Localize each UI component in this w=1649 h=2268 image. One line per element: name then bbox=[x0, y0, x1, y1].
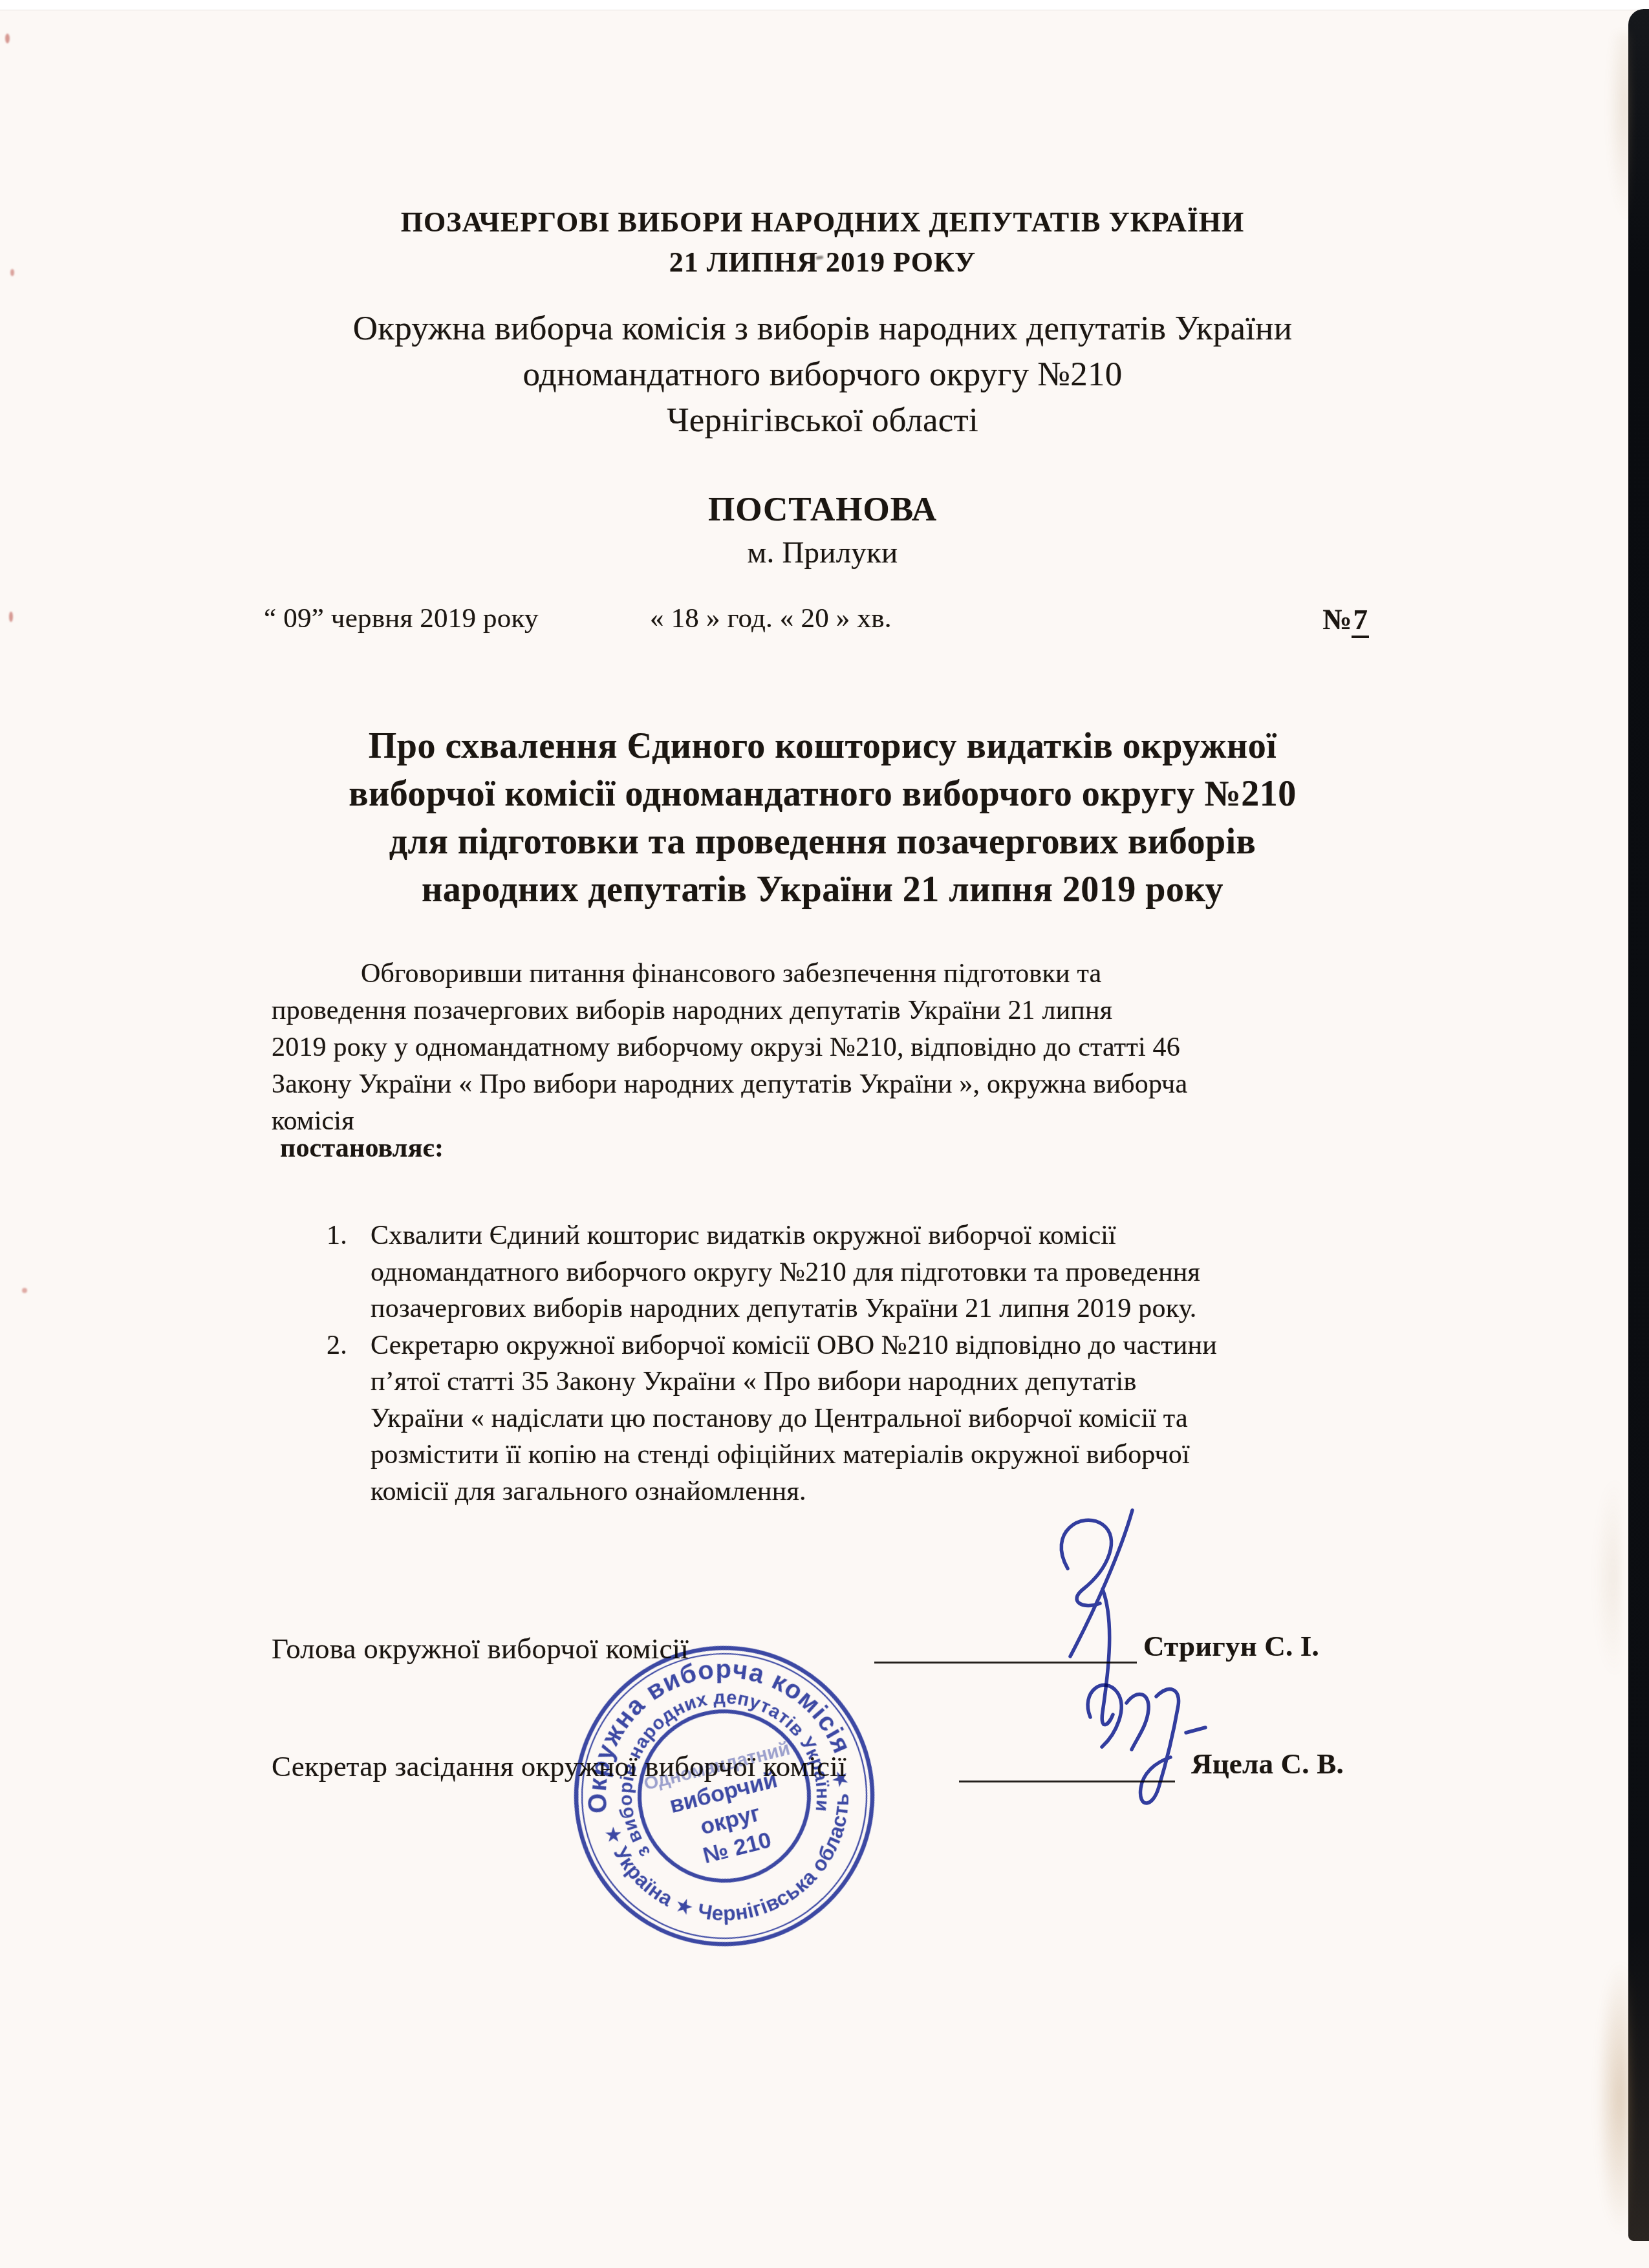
item-line: позачергових виборів народних депутатів … bbox=[371, 1290, 1413, 1327]
scan-speck bbox=[9, 612, 13, 622]
commission-name-line2: одномандатного виборчого округу №210 bbox=[0, 355, 1645, 394]
item-text: Секретарю окружної виборчої комісії ОВО … bbox=[371, 1327, 1413, 1510]
paragraph-line: Обговоривши питання фінансового забезпеч… bbox=[272, 956, 1400, 992]
scanner-top-edge bbox=[0, 0, 1649, 10]
resolution-title-line1: Про схвалення Єдиного кошторису видатків… bbox=[0, 725, 1645, 767]
scan-speck bbox=[22, 1288, 27, 1293]
item-line: Схвалити Єдиний кошторис видатків окружн… bbox=[371, 1217, 1413, 1254]
scan-speck bbox=[5, 34, 10, 43]
resolution-title-line4: народних депутатів України 21 липня 2019… bbox=[0, 869, 1645, 910]
paragraph-line: 2019 року у одномандатному виборчому окр… bbox=[272, 1029, 1400, 1066]
paper-stain bbox=[1608, 32, 1631, 220]
resolves-label: постановляє: bbox=[280, 1133, 444, 1164]
paper-stain bbox=[1596, 1959, 1631, 2237]
document-place: м. Прилуки bbox=[0, 535, 1645, 570]
number-sign: № bbox=[1322, 603, 1352, 636]
paragraph-line: проведення позачергових виборів народних… bbox=[272, 992, 1400, 1029]
resolution-list: 1. Схвалити Єдиний кошторис видатків окр… bbox=[327, 1217, 1413, 1510]
commission-name-line1: Окружна виборча комісія з виборів народн… bbox=[0, 309, 1645, 348]
handwritten-signature-secretary bbox=[1067, 1655, 1222, 1823]
number-value: 7 bbox=[1352, 603, 1369, 638]
item-line: Секретарю окружної виборчої комісії ОВО … bbox=[371, 1327, 1413, 1364]
commission-name-line3: Чернігівської області bbox=[0, 401, 1645, 440]
item-line: п’ятої статті 35 Закону України « Про ви… bbox=[371, 1364, 1413, 1400]
item-line: одномандатного виборчого округу №210 для… bbox=[371, 1254, 1413, 1291]
item-text: Схвалити Єдиний кошторис видатків окружн… bbox=[371, 1217, 1413, 1327]
resolution-item-1: 1. Схвалити Єдиний кошторис видатків окр… bbox=[327, 1217, 1413, 1327]
paper-stain bbox=[1593, 1474, 1621, 1681]
resolution-item-2: 2. Секретарю окружної виборчої комісії О… bbox=[327, 1327, 1413, 1510]
item-number: 1. bbox=[327, 1217, 371, 1327]
paragraph-line: Закону України « Про вибори народних деп… bbox=[272, 1066, 1400, 1103]
document-date: “ 09” червня 2019 року bbox=[264, 603, 539, 634]
scanned-document-page: ПОЗАЧЕРГОВІ ВИБОРИ НАРОДНИХ ДЕПУТАТІВ УК… bbox=[0, 0, 1649, 2268]
item-line: розмістити її копію на стенді офіційних … bbox=[371, 1437, 1413, 1473]
header-title-line2: 21 ЛИПНЯ 2019 РОКУ bbox=[0, 246, 1645, 279]
header-title-line1: ПОЗАЧЕРГОВІ ВИБОРИ НАРОДНИХ ДЕПУТАТІВ УК… bbox=[0, 206, 1645, 239]
resolution-title-line3: для підготовки та проведення позачергови… bbox=[0, 821, 1645, 862]
resolution-title-line2: виборчої комісії одномандатного виборчог… bbox=[0, 773, 1645, 815]
document-time: « 18 » год. « 20 » хв. bbox=[650, 603, 892, 634]
preamble-paragraph: Обговоривши питання фінансового забезпеч… bbox=[272, 956, 1400, 1140]
document-type: ПОСТАНОВА bbox=[0, 490, 1645, 529]
document-number: №7 bbox=[1322, 603, 1369, 636]
item-line: України « надіслати цю постанову до Цент… bbox=[371, 1400, 1413, 1437]
item-number: 2. bbox=[327, 1327, 371, 1510]
item-line: комісії для загального ознайомлення. bbox=[371, 1473, 1413, 1510]
